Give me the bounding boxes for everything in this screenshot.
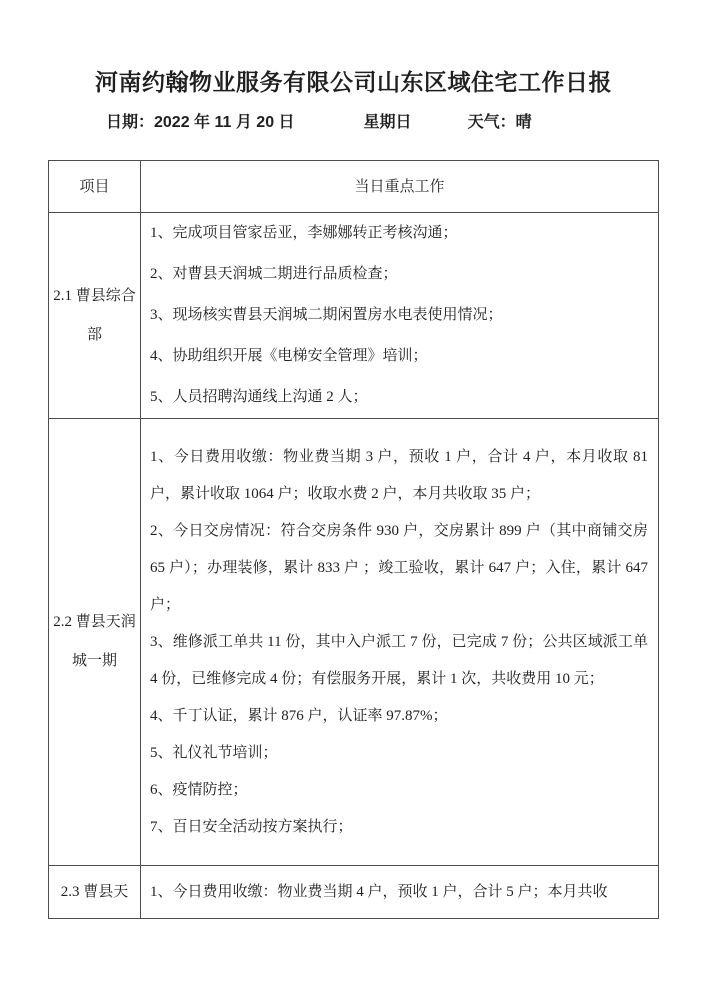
work-item: 3、维修派工单共 11 份，其中入户派工 7 份，已完成 7 份；公共区域派工单… (150, 624, 648, 698)
work-item: 2、对曹县天润城二期进行品质检查； (150, 254, 648, 295)
work-cell: 1、完成项目管家岳亚，李娜娜转正考核沟通； 2、对曹县天润城二期进行品质检查； … (141, 213, 659, 419)
work-item: 6、疫情防控； (150, 772, 648, 809)
weather-label: 天气：晴 (468, 114, 532, 131)
page-title: 河南约翰物业服务有限公司山东区域住宅工作日报 (0, 64, 707, 97)
date-row: 日期：2022 年 11 月 20 日星期日天气：晴 (106, 109, 532, 132)
work-item: 4、协助组织开展《电梯安全管理》培训； (150, 336, 648, 377)
project-cell: 2.2 曹县天润城一期 (49, 419, 141, 866)
report-page: 河南约翰物业服务有限公司山东区域住宅工作日报 日期：2022 年 11 月 20… (0, 0, 707, 999)
work-item: 1、完成项目管家岳亚，李娜娜转正考核沟通； (150, 213, 648, 254)
work-item: 4、千丁认证，累计 876 户，认证率 97.87%； (150, 698, 648, 735)
work-cell: 1、今日费用收缴：物业费当期 3 户，预收 1 户，合计 4 户，本月收取 81… (141, 419, 659, 866)
project-cell: 2.1 曹县综合部 (49, 213, 141, 419)
work-item: 5、礼仪礼节培训； (150, 735, 648, 772)
table-row-tianrun-phase1: 2.2 曹县天润城一期 1、今日费用收缴：物业费当期 3 户，预收 1 户，合计… (49, 419, 659, 866)
work-item: 1、今日费用收缴：物业费当期 4 户，预收 1 户，合计 5 户；本月共收 (150, 874, 648, 911)
project-cell: 2.3 曹县天 (49, 866, 141, 919)
date-label: 日期：2022 年 11 月 20 日 (106, 114, 295, 131)
work-item: 1、今日费用收缴：物业费当期 3 户，预收 1 户，合计 4 户，本月收取 81… (150, 439, 648, 513)
work-item: 7、百日安全活动按方案执行； (150, 809, 648, 846)
work-item: 2、今日交房情况：符合交房条件 930 户，交房累计 899 户（其中商铺交房 … (150, 513, 648, 624)
weekday-label: 星期日 (364, 114, 412, 131)
work-item: 3、现场核实曹县天润城二期闲置房水电表使用情况； (150, 295, 648, 336)
daily-report-table: 项目 当日重点工作 2.1 曹县综合部 1、完成项目管家岳亚，李娜娜转正考核沟通… (48, 160, 659, 919)
work-cell: 1、今日费用收缴：物业费当期 4 户，预收 1 户，合计 5 户；本月共收 (141, 866, 659, 919)
table-header-row: 项目 当日重点工作 (49, 161, 659, 213)
table-row-caoxian-zonghebu: 2.1 曹县综合部 1、完成项目管家岳亚，李娜娜转正考核沟通； 2、对曹县天润城… (49, 213, 659, 419)
header-work: 当日重点工作 (141, 161, 659, 213)
header-project: 项目 (49, 161, 141, 213)
table-row-tianrun-phase2-partial: 2.3 曹县天 1、今日费用收缴：物业费当期 4 户，预收 1 户，合计 5 户… (49, 866, 659, 919)
work-item: 5、人员招聘沟通线上沟通 2 人； (150, 377, 648, 418)
